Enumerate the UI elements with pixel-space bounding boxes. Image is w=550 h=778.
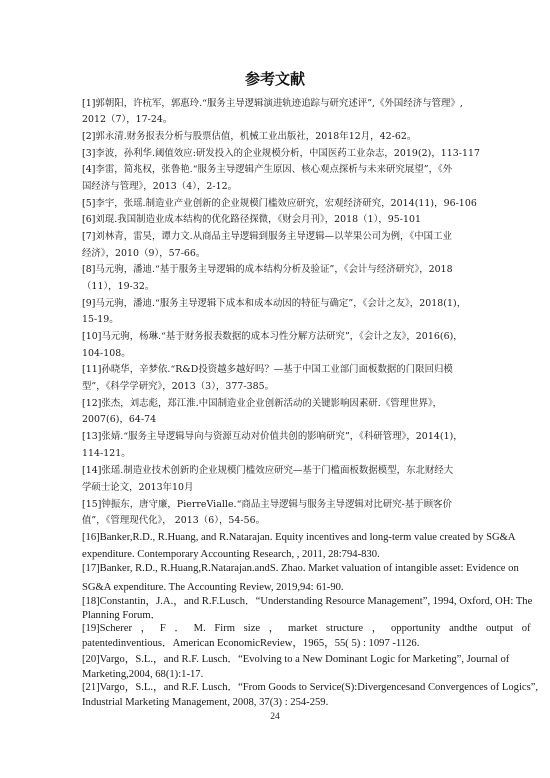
reference-7-line-2: 经济》，2010（9），57-66。 [82, 247, 472, 261]
reference-20-line-1: [20]Vargo，S.L.，and R.F. Lusch．“Evolving … [82, 653, 472, 667]
reference-15-line-1: [15]钟振东，唐守廉，PierreVialle.“商品主导逻辑与服务主导逻辑对… [82, 498, 472, 512]
page-number: 24 [0, 710, 550, 724]
reference-9-line-1: [9]马元驹，潘迪.“服务主导逻辑下成本和成本动因的特征与确定”，《会计之友》，… [82, 297, 472, 311]
reference-8-line-2: （11），19-32。 [82, 280, 472, 294]
reference-3: [3]李波，孙利华.阈值效应:研发投入的企业规模分析，中国医药工业杂志，2019… [82, 147, 472, 161]
reference-5: [5]李宇，张瑶.制造业产业创新的企业规模门槛效应研究，宏观经济研究，2014(… [82, 197, 472, 211]
reference-12-line-1: [12]张杰，刘志彪，郑江淮.中国制造业企业创新活动的关键影响因素研.《管理世界… [82, 397, 472, 411]
reference-8-line-1: [8]马元驹，潘迪.“基于服务主导逻辑的成本结构分析及验证”，《会计与经济研究》… [82, 263, 472, 277]
reference-21-line-1: [21]Vargo，S.L.，and R.F. Lusch．“From Good… [82, 681, 472, 695]
reference-17-line-1: [17]Banker, R.D., R.Huang,R.Natarajan.an… [82, 562, 472, 576]
reference-9-line-2: 15-19。 [82, 313, 472, 327]
reference-11-line-2: 型”，《科学学研究》，2013（3），377-385。 [82, 380, 472, 394]
reference-6: [6]刘琨.我国制造业成本结构的优化路径探微，《财会月刊》，2018（1），95… [82, 213, 472, 227]
reference-10-line-1: [10]马元驹，杨琳.“基于财务报表数据的成本习性分解方法研究”，《会计之友》，… [82, 330, 472, 344]
reference-18-line-2: Planning Forum． [82, 609, 472, 623]
reference-14-line-2: 学硕士论文，2013年10月 [82, 481, 472, 495]
reference-19-line-2: patentedinventious．American EconomicRevi… [82, 637, 472, 651]
reference-14-line-1: [14]张瑶.制造业技术创新旳企业规模门槛效应研究—基于门槛面板数据模型，东北财… [82, 464, 472, 478]
reference-18-line-1: [18]Constantin，J.A.，and R.F.Lusch．“Under… [82, 595, 472, 609]
document-page: 参考文献 [1]郭朝阳，许杭军，郭惠玲.“服务主导逻辑演进轨迹追踪与研究述评”,… [0, 0, 550, 778]
reference-16-line-1: [16]Banker,R.D., R.Huang, and R.Nataraja… [82, 531, 472, 545]
reference-4-line-2: 国经济与管理》，2013（4），2-12。 [82, 180, 472, 194]
reference-15-line-2: 值”，《管理现代化》， 2013（6），54-56。 [82, 514, 472, 528]
reference-1-line-1: [1]郭朝阳，许杭军，郭惠玲.“服务主导逻辑演进轨迹追踪与研究述评”,《外国经济… [82, 97, 472, 111]
reference-11-line-1: [11]孙晓华，辛梦依.“R&D投资越多越好吗？—基于中国工业部门面板数据的门限… [82, 363, 472, 377]
page-title: 参考文献 [0, 70, 550, 88]
reference-12-line-2: 2007(6)，64-74 [82, 413, 472, 427]
reference-16-line-2: expenditure. Contemporary Accounting Res… [82, 548, 472, 562]
reference-13-line-1: [13]张婧.“服务主导逻辑导向与资源互动对价值共创的影响研究”，《科研管理》，… [82, 430, 472, 444]
reference-13-line-2: 114-121。 [82, 447, 472, 461]
reference-10-line-2: 104-108。 [82, 347, 472, 361]
reference-4-line-1: [4]李雷，简兆权，张鲁艳.“服务主导逻辑产生原因、核心观点探析与未来研究展望”… [82, 163, 472, 177]
reference-21-line-2: Industrial Marketing Management, 2008, 3… [82, 696, 472, 710]
reference-7-line-1: [7]刘林青，雷昊，谭力文.从商品主导逻辑到服务主导逻辑—以苹果公司为例，《中国… [82, 230, 472, 244]
reference-2: [2]郭永清.财务报表分析与股票估值，机械工业出版社，2018年12月，42-6… [82, 130, 472, 144]
reference-1-line-2: 2012（7），17-24。 [82, 113, 472, 127]
reference-20-line-2: Marketing,2004, 68(1):1-17. [82, 668, 472, 682]
reference-19-line-1: [19]Scherer ， F ． M. Firm size ， market … [82, 622, 472, 636]
reference-17-line-2: SG&A expenditure. The Accounting Review,… [82, 581, 472, 595]
